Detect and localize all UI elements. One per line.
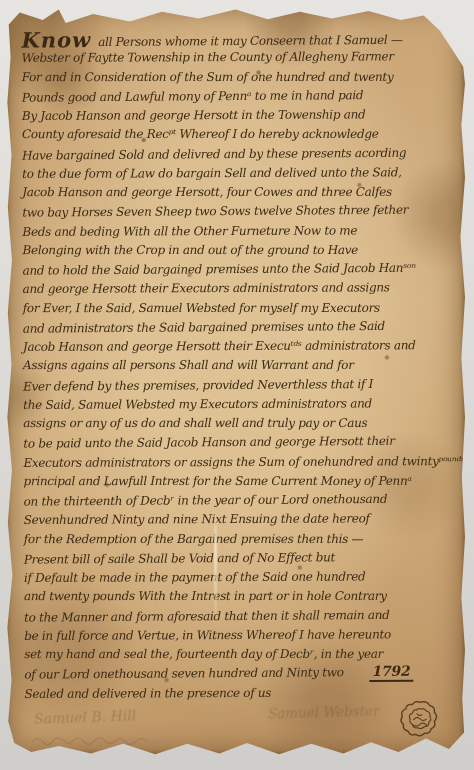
manuscript-line: for Ever, I the Said, Samuel Websted for… — [23, 298, 457, 317]
manuscript-line: Sevenhundred Ninty and nine Nixt Ensuing… — [24, 509, 458, 530]
manuscript-line: Belonging with the Crop in and out of th… — [22, 241, 456, 260]
manuscript-line: of our Lord onethousand seven hundred an… — [24, 663, 458, 686]
manuscript-line: to the due form of Law do bargain Sell a… — [22, 163, 456, 184]
manuscript-line: and to hold the Said bargained premises … — [23, 258, 457, 281]
signer-signature: Samuel Webster — [268, 704, 380, 723]
manuscript-line: For and in Consideration of the Sum of o… — [22, 67, 456, 86]
manuscript-line: County aforesaid the Recᵖᵗ Whereof I do … — [22, 125, 456, 144]
photo-background: Knowall Persons whome it may Conseern th… — [0, 0, 474, 770]
paper-crease — [214, 510, 217, 625]
manuscript-line: to the Manner and form aforesaid that th… — [24, 605, 458, 628]
manuscript-line: for the Redemption of the Bargained prem… — [24, 529, 458, 548]
manuscript-line: Beds and beding With all the Other Furne… — [22, 221, 456, 242]
manuscript-line: Present bill of saile Shall be Void and … — [24, 547, 458, 570]
manuscript-line: By Jacob Hanson and george Hersott in th… — [22, 105, 456, 126]
manuscript-body: Knowall Persons whome it may Conseern th… — [22, 28, 459, 704]
year-figure: 1792 — [370, 664, 414, 682]
manuscript-line: and administrators the Said bargained pr… — [23, 316, 457, 339]
manuscript-line: principal and Lawfull Intrest for the Sa… — [23, 472, 457, 491]
manuscript-line: Sealed and delivered in the presence of … — [24, 683, 458, 704]
manuscript-line: Jacob Hanson and george Hersott their Ex… — [23, 336, 457, 357]
manuscript-line: Pounds good and Lawful mony of Pennᵃ to … — [22, 85, 456, 108]
manuscript-line: and twenty pounds With the Intrest in pa… — [24, 587, 458, 606]
manuscript-line: Assigns agains all persons Shall and wil… — [23, 356, 457, 375]
manuscript-line: Executors administrators or assigns the … — [23, 452, 457, 473]
faint-signature-mark — [30, 733, 160, 747]
manuscript-paper: Knowall Persons whome it may Conseern th… — [6, 5, 465, 755]
manuscript-line: Have bargained Sold and delivred and by … — [22, 143, 456, 166]
manuscript-line: set my hand and seal the, fourteenth day… — [24, 645, 458, 664]
manuscript-line: the Said, Samuel Websted my Executors ad… — [23, 394, 457, 415]
manuscript-line: to be paid unto the Said Jacob Hanson an… — [23, 432, 457, 455]
manuscript-line: be in full force and Vertue, in Witness … — [24, 625, 458, 646]
manuscript-line: and george Hersott their Executors admin… — [23, 278, 457, 299]
manuscript-line: Knowall Persons whome it may Conseern th… — [22, 27, 456, 50]
manuscript-line: two bay Horses Seven Sheep two Sows twel… — [22, 201, 456, 224]
line-text: all Persons whome it may Conseern that I… — [98, 33, 403, 49]
manuscript-line: assigns or any of us do and shall well a… — [23, 414, 457, 433]
manuscript-line: on the thirteenth of Decbʳ in the year o… — [24, 489, 458, 512]
witness-signature: Samuel B. Hill — [34, 708, 137, 728]
seal-stamp-icon — [398, 697, 442, 743]
opening-initial: Know — [21, 27, 91, 53]
line-text: of our Lord onethousand seven hundred an… — [24, 665, 343, 681]
manuscript-line: if Default be made in the payment of the… — [24, 567, 458, 588]
manuscript-line: Jacob Hanson and george Hersott, four Co… — [22, 183, 456, 202]
manuscript-line: Ever defend by thes premises, provided N… — [23, 374, 457, 397]
